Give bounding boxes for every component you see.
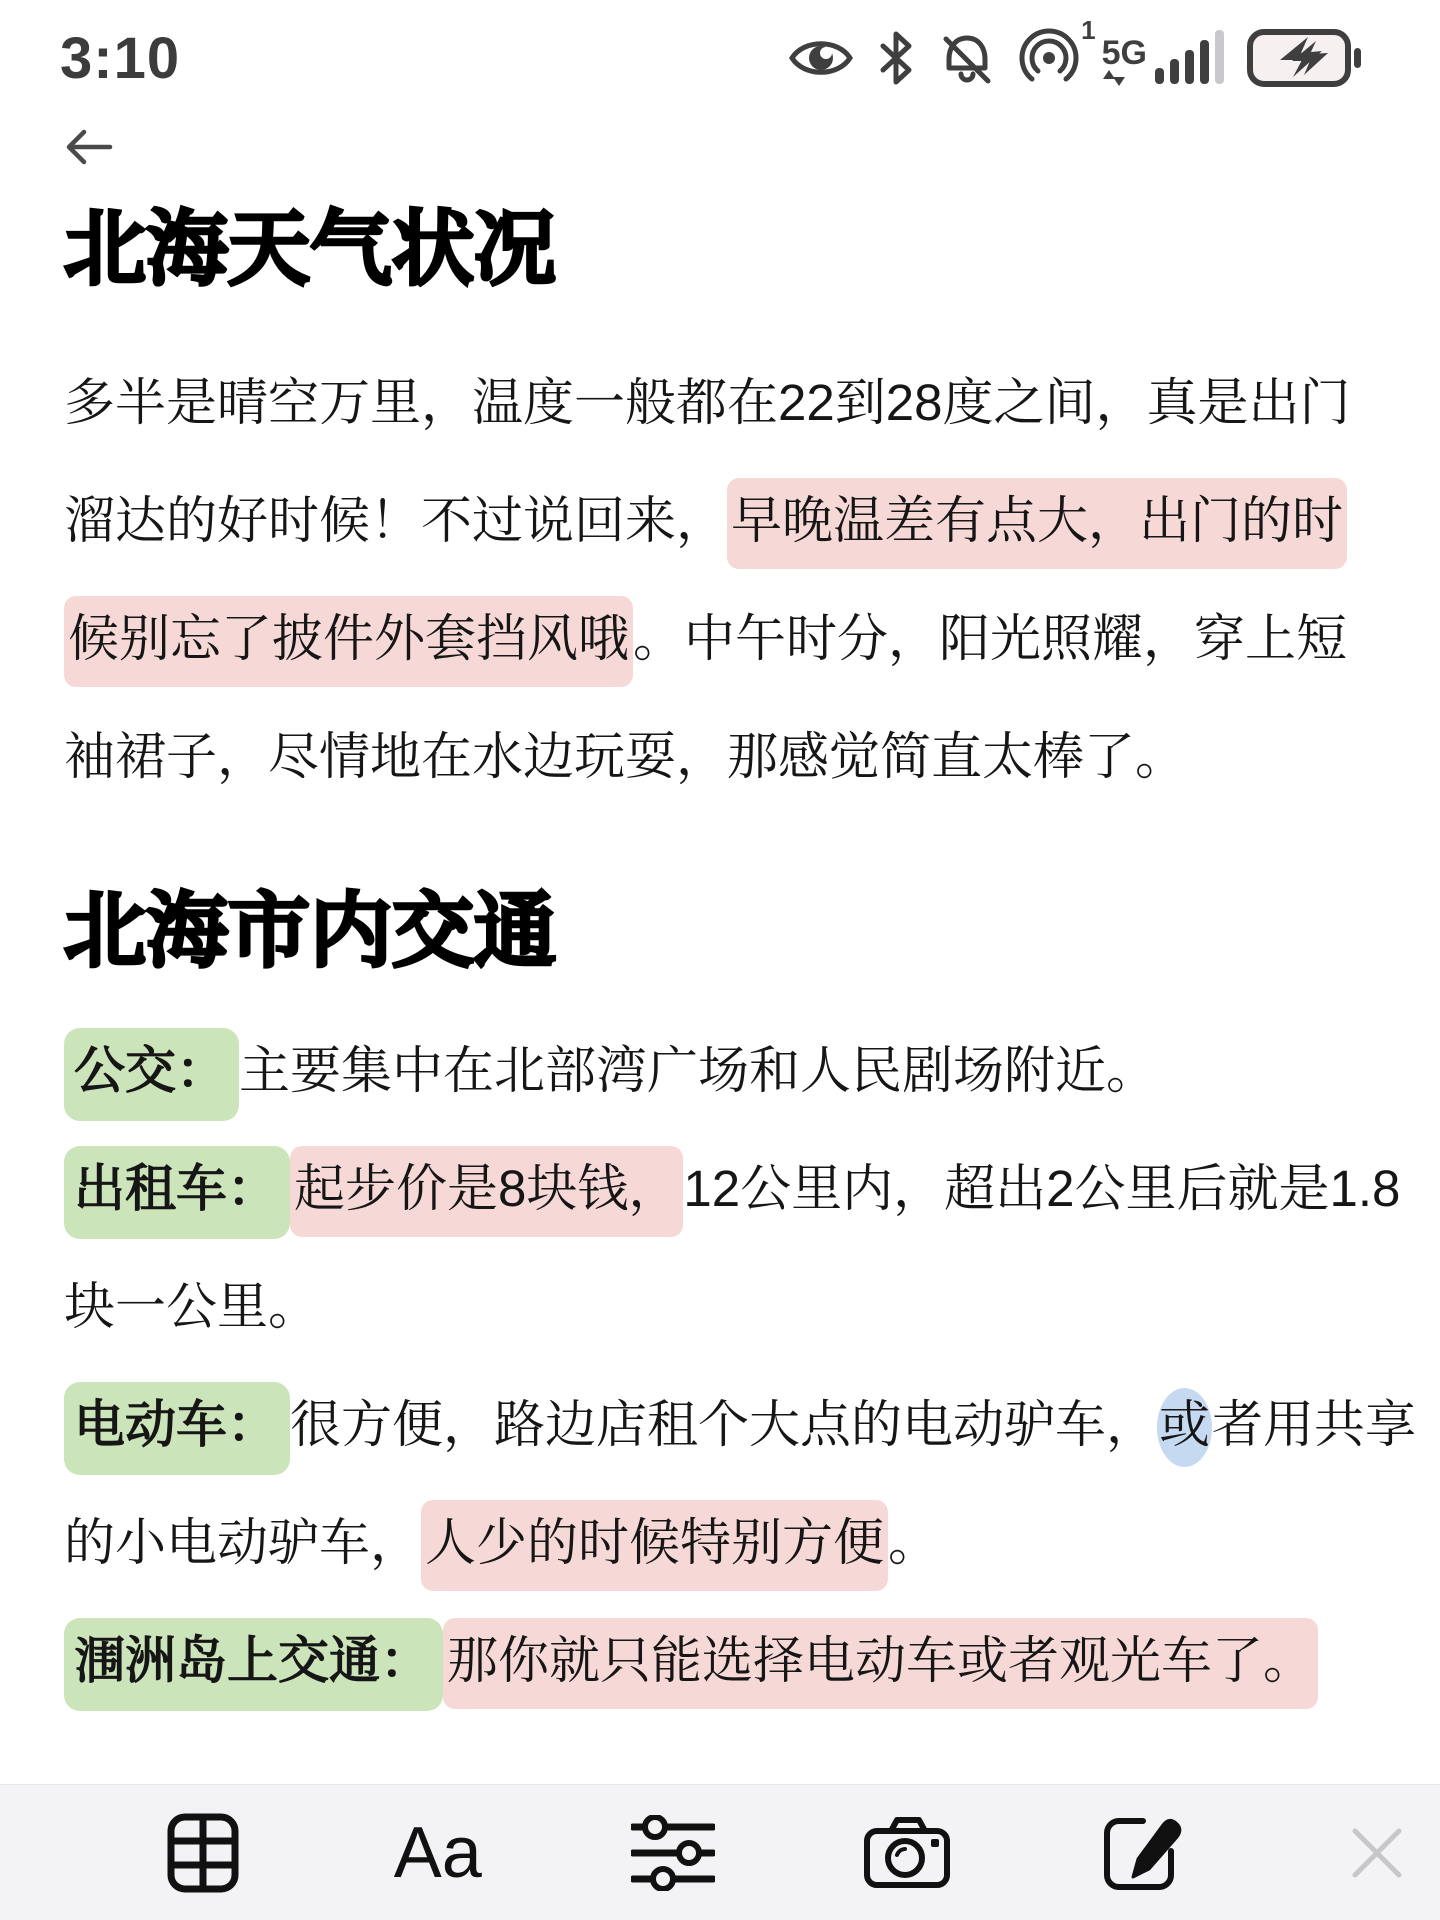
tune-icon bbox=[631, 1815, 715, 1891]
text-line: 溜达的好时候！不过说回来，早晚温差有点大，出门的时 bbox=[64, 462, 1390, 580]
camera-icon bbox=[863, 1815, 951, 1891]
text-segment: 多半是晴空万里，温度一般都在22到28度之间，真是出门 bbox=[64, 374, 1350, 431]
table-button[interactable] bbox=[158, 1803, 248, 1903]
text-line: 公交：主要集中在北部湾广场和人民剧场附近。 bbox=[64, 1012, 1390, 1130]
highlight-blue: 或 bbox=[1157, 1388, 1212, 1467]
text-segment: 。中午时分，阳光照耀，穿上短 bbox=[633, 610, 1347, 667]
document-section: 北海天气状况多半是晴空万里，温度一般都在22到28度之间，真是出门溜达的好时候！… bbox=[64, 200, 1390, 816]
notifications-muted-icon bbox=[938, 29, 996, 87]
close-button[interactable] bbox=[1332, 1803, 1422, 1903]
text-line: 电动车：很方便，路边店租个大点的电动驴车，或者用共享 bbox=[64, 1366, 1390, 1484]
highlight-green: 涠洲岛上交通： bbox=[64, 1618, 443, 1711]
text-style-button[interactable]: Aa bbox=[393, 1803, 483, 1903]
tune-button[interactable] bbox=[628, 1803, 718, 1903]
document-body: 北海天气状况多半是晴空万里，温度一般都在22到28度之间，真是出门溜达的好时候！… bbox=[64, 200, 1390, 1720]
hotspot-count: 1 bbox=[1081, 15, 1095, 46]
document-section: 北海市内交通公交：主要集中在北部湾广场和人民剧场附近。出租车：起步价是8块钱，1… bbox=[64, 882, 1390, 1720]
compose-icon bbox=[1101, 1813, 1183, 1893]
highlight-pink: 那你就只能选择电动车或者观光车了。 bbox=[443, 1618, 1318, 1709]
status-bar: 3:10 1 bbox=[60, 16, 1362, 100]
text-line: 出租车：起步价是8块钱，12公里内，超出2公里后就是1.8 bbox=[64, 1130, 1390, 1248]
compose-button[interactable] bbox=[1097, 1803, 1187, 1903]
text-segment: 袖裙子，尽情地在水边玩耍，那感觉简直太棒了。 bbox=[64, 728, 1186, 785]
table-icon bbox=[166, 1813, 240, 1893]
back-arrow-icon bbox=[62, 126, 114, 168]
section-heading: 北海市内交通 bbox=[64, 882, 1390, 982]
text-segment: 块一公里。 bbox=[64, 1278, 319, 1335]
highlight-green: 公交： bbox=[64, 1028, 239, 1121]
highlight-green: 电动车： bbox=[64, 1382, 290, 1475]
highlight-pink: 早晚温差有点大，出门的时 bbox=[727, 478, 1347, 569]
network-signal: 5G bbox=[1102, 30, 1224, 86]
signal-bars-icon bbox=[1155, 30, 1224, 84]
hotspot-icon: 1 bbox=[1018, 27, 1080, 89]
text-line: 多半是晴空万里，温度一般都在22到28度之间，真是出门 bbox=[64, 344, 1390, 462]
highlight-green: 出租车： bbox=[64, 1146, 290, 1239]
bluetooth-icon bbox=[876, 30, 916, 86]
text-segment: 。 bbox=[888, 1514, 939, 1571]
text-line: 涠洲岛上交通：那你就只能选择电动车或者观光车了。 bbox=[64, 1602, 1390, 1720]
section-heading: 北海天气状况 bbox=[64, 200, 1390, 300]
text-line: 块一公里。 bbox=[64, 1248, 1390, 1366]
battery-charging-icon bbox=[1246, 27, 1362, 89]
eye-protection-icon bbox=[788, 33, 854, 83]
highlight-pink: 起步价是8块钱， bbox=[290, 1146, 683, 1237]
clock-time: 3:10 bbox=[60, 25, 180, 92]
camera-button[interactable] bbox=[862, 1803, 952, 1903]
text-segment: 主要集中在北部湾广场和人民剧场附近。 bbox=[239, 1042, 1157, 1099]
back-button[interactable] bbox=[62, 126, 114, 173]
data-arrows-icon bbox=[1102, 70, 1136, 86]
text-segment: 12公里内，超出2公里后就是1.8 bbox=[683, 1160, 1400, 1217]
section-lines: 公交：主要集中在北部湾广场和人民剧场附近。出租车：起步价是8块钱，12公里内，超… bbox=[64, 1012, 1390, 1720]
close-icon bbox=[1347, 1823, 1407, 1883]
section-lines: 多半是晴空万里，温度一般都在22到28度之间，真是出门溜达的好时候！不过说回来，… bbox=[64, 344, 1390, 816]
text-segment: 溜达的好时候！不过说回来， bbox=[64, 492, 727, 549]
network-type-label: 5G bbox=[1102, 36, 1147, 70]
text-segment: 的小电动驴车， bbox=[64, 1514, 421, 1571]
text-line: 袖裙子，尽情地在水边玩耍，那感觉简直太棒了。 bbox=[64, 698, 1390, 816]
text-line: 候别忘了披件外套挡风哦。中午时分，阳光照耀，穿上短 bbox=[64, 580, 1390, 698]
text-line: 的小电动驴车，人少的时候特别方便。 bbox=[64, 1484, 1390, 1602]
text-segment: 者用共享 bbox=[1212, 1396, 1416, 1453]
bottom-toolbar: Aa bbox=[0, 1784, 1440, 1920]
text-segment: 很方便，路边店租个大点的电动驴车， bbox=[290, 1396, 1157, 1453]
highlight-pink: 候别忘了披件外套挡风哦 bbox=[64, 596, 633, 687]
status-icons: 1 5G bbox=[788, 27, 1362, 89]
text-style-icon: Aa bbox=[394, 1817, 482, 1889]
highlight-pink: 人少的时候特别方便 bbox=[421, 1500, 888, 1591]
